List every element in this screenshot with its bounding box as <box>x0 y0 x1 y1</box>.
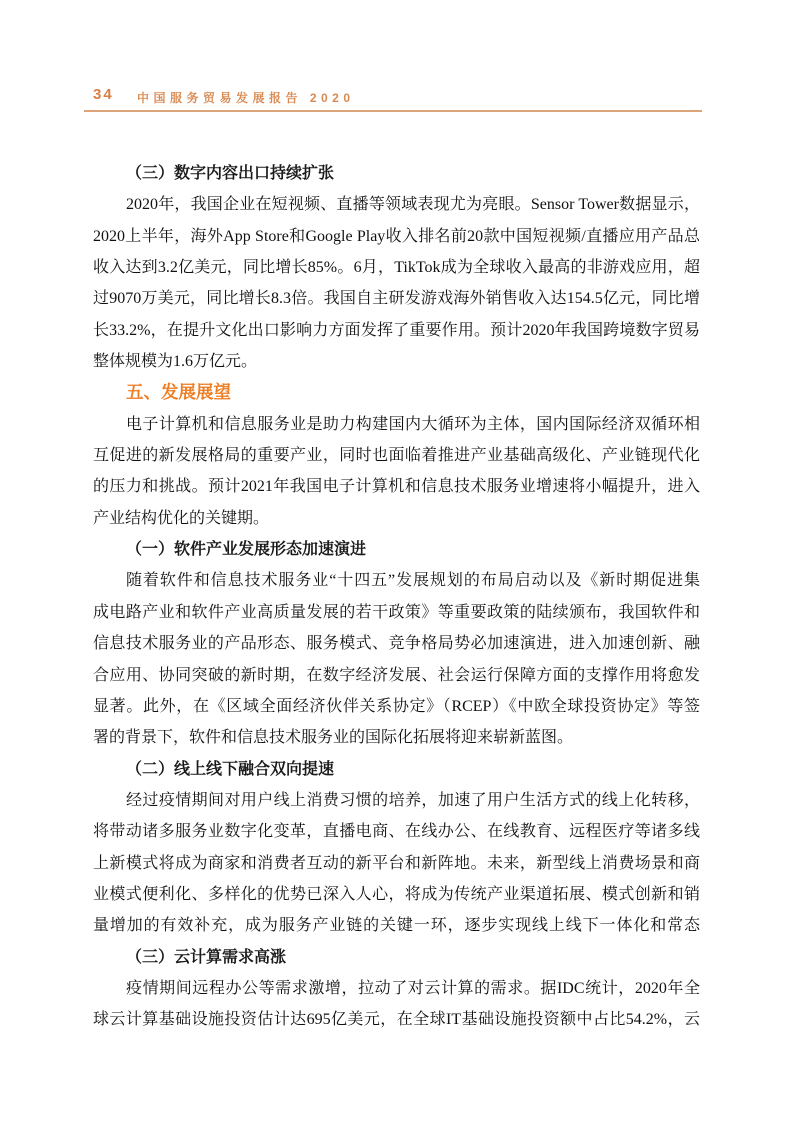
text-line: 2020年，我国企业在短视频、直播等领域表现尤为亮眼。Sensor Tower数… <box>93 189 700 220</box>
text-line: 业模式便利化、多样化的优势已深入人心，将成为传统产业渠道拓展、模式创新和销 <box>93 879 700 910</box>
text-line: 产业结构优化的关键期。 <box>93 503 700 534</box>
document-body: （三）数字内容出口持续扩张2020年，我国企业在短视频、直播等领域表现尤为亮眼。… <box>93 158 700 1036</box>
text-line: 球云计算基础设施投资估计达695亿美元，在全球IT基础设施投资额中占比54.2%… <box>93 1004 700 1035</box>
report-title: 中国服务贸易发展报告 2020 <box>137 89 355 106</box>
text-line: 信息技术服务业的产品形态、服务模式、竞争格局势必加速演进，进入加速创新、融 <box>93 628 700 659</box>
subsection-heading: （三）数字内容出口持续扩张 <box>93 158 700 189</box>
text-line: 合应用、协同突破的新时期，在数字经济发展、社会运行保障方面的支撑作用将愈发 <box>93 660 700 691</box>
text-line: 电子计算机和信息服务业是助力构建国内大循环为主体，国内国际经济双循环相 <box>93 409 700 440</box>
text-line: 经过疫情期间对用户线上消费习惯的培养，加速了用户生活方式的线上化转移， <box>93 785 700 816</box>
text-line: 长33.2%，在提升文化出口影响力方面发挥了重要作用。预计2020年我国跨境数字… <box>93 315 700 346</box>
text-line: 成电路产业和软件产业高质量发展的若干政策》等重要政策的陆续颁布，我国软件和 <box>93 597 700 628</box>
text-line: 收入达到3.2亿美元，同比增长85%。6月，TikTok成为全球收入最高的非游戏… <box>93 252 700 283</box>
text-line: 整体规模为1.6万亿元。 <box>93 346 700 377</box>
text-line: 随着软件和信息技术服务业“十四五”发展规划的布局启动以及《新时期促进集 <box>93 565 700 596</box>
subsection-heading: （一）软件产业发展形态加速演进 <box>93 534 700 565</box>
subsection-heading: （二）线上线下融合双向提速 <box>93 754 700 785</box>
page-number: 34 <box>93 86 114 103</box>
subsection-heading: （三）云计算需求高涨 <box>93 942 700 973</box>
text-line: 将带动诸多服务业数字化变革，直播电商、在线办公、在线教育、远程医疗等诸多线 <box>93 816 700 847</box>
text-line: 疫情期间远程办公等需求激增，拉动了对云计算的需求。据IDC统计，2020年全 <box>93 973 700 1004</box>
header-rule <box>84 110 702 112</box>
text-line: 的压力和挑战。预计2021年我国电子计算机和信息技术服务业增速将小幅提升，进入 <box>93 471 700 502</box>
page-header: 34 中国服务贸易发展报告 2020 <box>84 86 702 114</box>
text-line: 互促进的新发展格局的重要产业，同时也面临着推进产业基础高级化、产业链现代化 <box>93 440 700 471</box>
section-heading: 五、发展展望 <box>93 377 700 408</box>
text-line: 上新模式将成为商家和消费者互动的新平台和新阵地。未来，新型线上消费场景和商 <box>93 848 700 879</box>
text-line: 显著。此外，在《区域全面经济伙伴关系协定》（RCEP）《中欧全球投资协定》等签 <box>93 691 700 722</box>
text-line: 量增加的有效补充，成为服务产业链的关键一环，逐步实现线上线下一体化和常态化。 <box>93 910 700 941</box>
text-line: 过9070万美元，同比增长8.3倍。我国自主研发游戏海外销售收入达154.5亿元… <box>93 283 700 314</box>
text-line: 2020上半年，海外App Store和Google Play收入排名前20款中… <box>93 221 700 252</box>
text-line: 署的背景下，软件和信息技术服务业的国际化拓展将迎来崭新蓝图。 <box>93 722 700 753</box>
